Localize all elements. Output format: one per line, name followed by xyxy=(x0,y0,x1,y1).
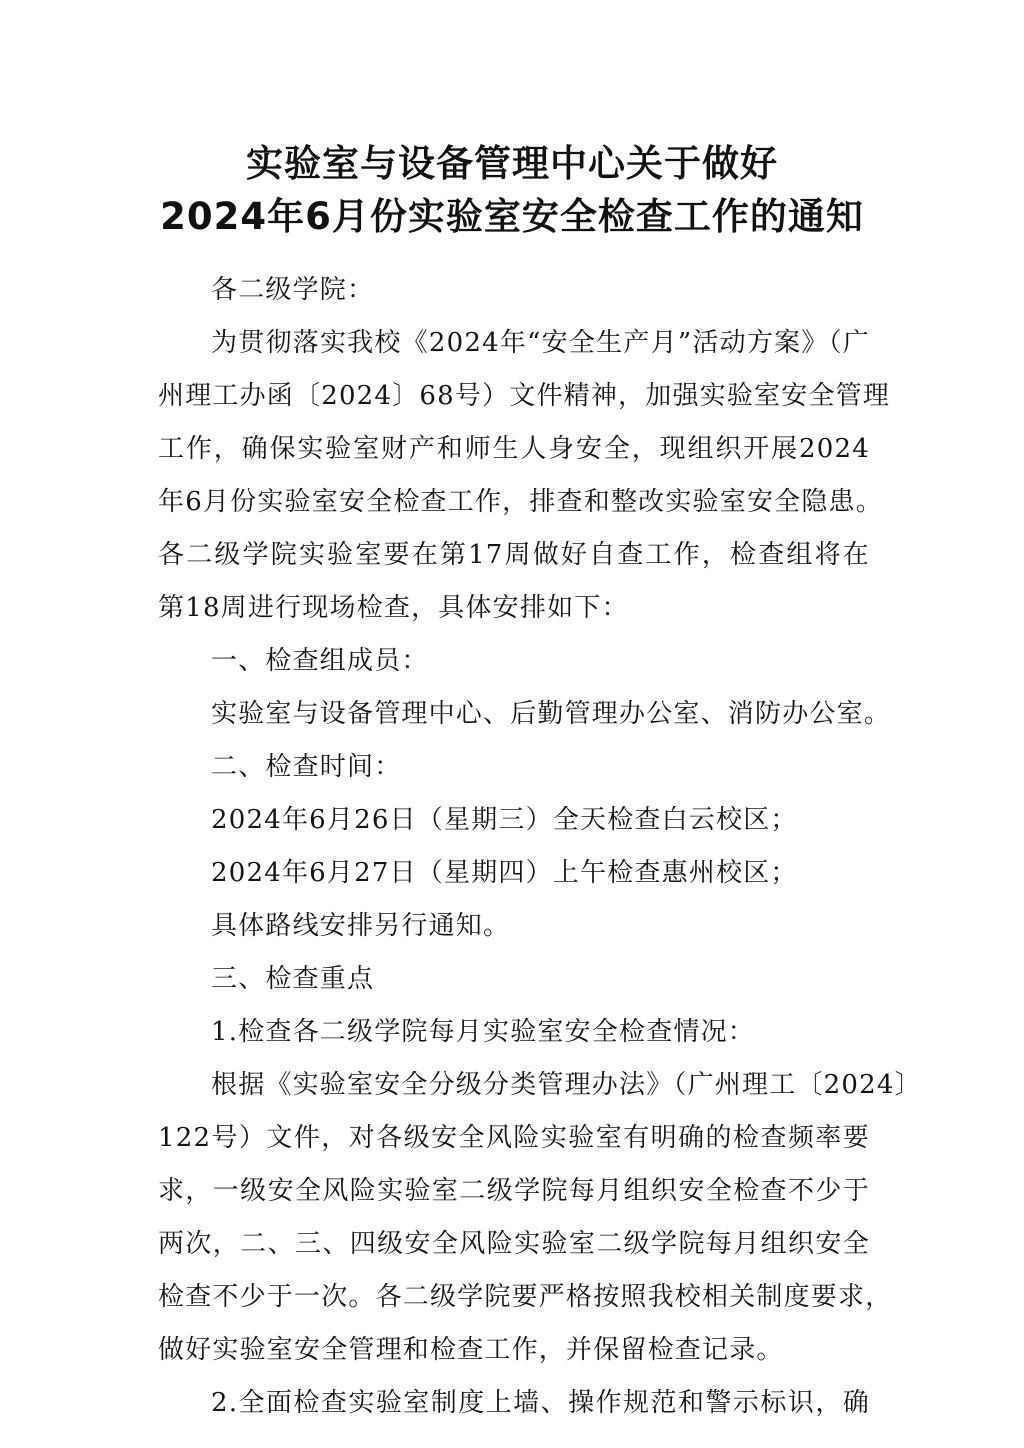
point-1-line-5: 检查不少于一次。各二级学院要严格按照我校相关制度要求， xyxy=(158,1282,870,1312)
section-1-heading: 一、检查组成员： xyxy=(211,646,931,676)
point-2-line-1: 2.全面检查实验室制度上墙、操作规范和警示标识，确 xyxy=(211,1388,870,1418)
document-title-line-1: 实验室与设备管理中心关于做好 xyxy=(0,133,1024,187)
point-1-line-2: 122号）文件，对各级安全风险实验室有明确的检查频率要 xyxy=(158,1123,870,1153)
intro-line-4: 年6月份实验室安全检查工作，排查和整改实验室安全隐患。 xyxy=(158,487,870,517)
document-page: 实验室与设备管理中心关于做好 2024年6月份实验室安全检查工作的通知 各二级学… xyxy=(0,0,1024,1448)
point-1-line-3: 求，一级安全风险实验室二级学院每月组织安全检查不少于 xyxy=(158,1176,870,1206)
section-2-item-2: 2024年6月27日（星期四）上午检查惠州校区； xyxy=(211,858,931,888)
salutation: 各二级学院： xyxy=(211,275,931,305)
point-1-line-4: 两次，二、三、四级安全风险实验室二级学院每月组织安全 xyxy=(158,1229,870,1259)
section-2-item-1: 2024年6月26日（星期三）全天检查白云校区； xyxy=(211,805,931,835)
intro-line-6: 第18周进行现场检查，具体安排如下： xyxy=(158,593,878,623)
section-1-body: 实验室与设备管理中心、后勤管理办公室、消防办公室。 xyxy=(211,699,931,729)
intro-line-1: 为贯彻落实我校《2024年“安全生产月”活动方案》（广 xyxy=(211,328,870,358)
section-3-heading: 三、检查重点 xyxy=(211,964,931,994)
section-2-item-3: 具体路线安排另行通知。 xyxy=(211,911,931,941)
section-2-heading: 二、检查时间： xyxy=(211,752,931,782)
intro-line-5: 各二级学院实验室要在第17周做好自查工作，检查组将在 xyxy=(158,540,870,570)
point-1-line-6: 做好实验室安全管理和检查工作，并保留检查记录。 xyxy=(158,1335,878,1365)
document-title-line-2: 2024年6月份实验室安全检查工作的通知 xyxy=(0,186,1024,240)
intro-line-3: 工作，确保实验室财产和师生人身安全，现组织开展2024 xyxy=(158,434,870,464)
point-1-line-1: 根据《实验室安全分级分类管理办法》（广州理工〔2024〕 xyxy=(211,1070,870,1100)
intro-line-2: 州理工办函〔2024〕68号）文件精神，加强实验室安全管理 xyxy=(158,381,870,411)
point-1-heading: 1.检查各二级学院每月实验室安全检查情况： xyxy=(211,1017,931,1047)
